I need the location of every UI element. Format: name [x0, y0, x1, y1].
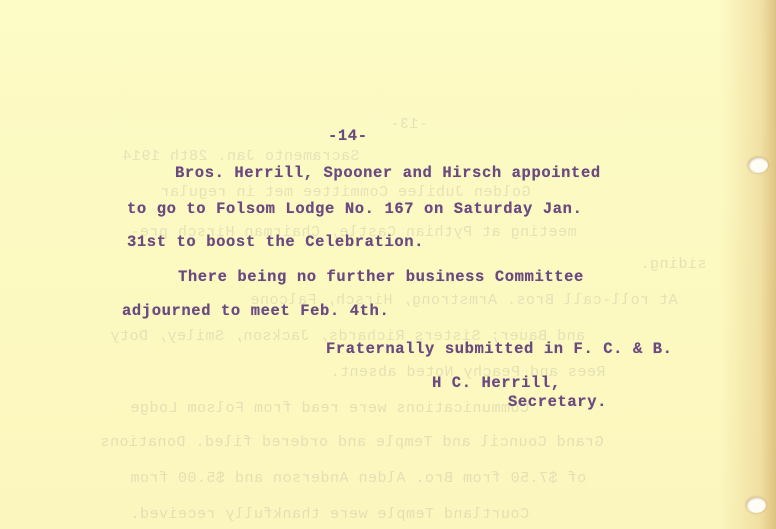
bleed-through-line: Golden Jubilee Committee met in regular	[160, 184, 531, 201]
bleed-through-line: Communications were read from Folsom Lod…	[130, 400, 529, 417]
page-number: -14-	[328, 127, 368, 145]
bleed-through-line: of $7.50 from Bro. Alden Anderson and $5…	[130, 470, 586, 487]
signer-title: Secretary.	[508, 393, 607, 411]
document-page: -13- Sacramento Jan. 28th 1914 Golden Ju…	[0, 0, 776, 529]
closing-salutation: Fraternally submitted in F. C. & B.	[326, 340, 673, 358]
bleed-through-line: Courtland Temple were thankfully receive…	[130, 506, 529, 523]
body-line: to go to Folsom Lodge No. 167 on Saturda…	[127, 200, 582, 218]
body-line: There being no further business Committe…	[178, 268, 584, 286]
bleed-through-line: Grand Council and Temple and ordered fil…	[100, 434, 604, 451]
bleed-through-page-number: -13-	[390, 116, 428, 133]
signer-name: H C. Herrill,	[432, 374, 561, 392]
body-line: adjourned to meet Feb. 4th.	[122, 302, 389, 320]
body-line: 31st to boost the Celebration.	[127, 233, 424, 251]
punch-hole	[746, 497, 766, 513]
bleed-through-line: Sacramento Jan. 28th 1914	[122, 148, 360, 165]
bleed-through-line: siding.	[640, 256, 707, 273]
body-line: Bros. Herrill, Spooner and Hirsch appoin…	[175, 164, 601, 182]
punch-hole	[748, 157, 768, 173]
